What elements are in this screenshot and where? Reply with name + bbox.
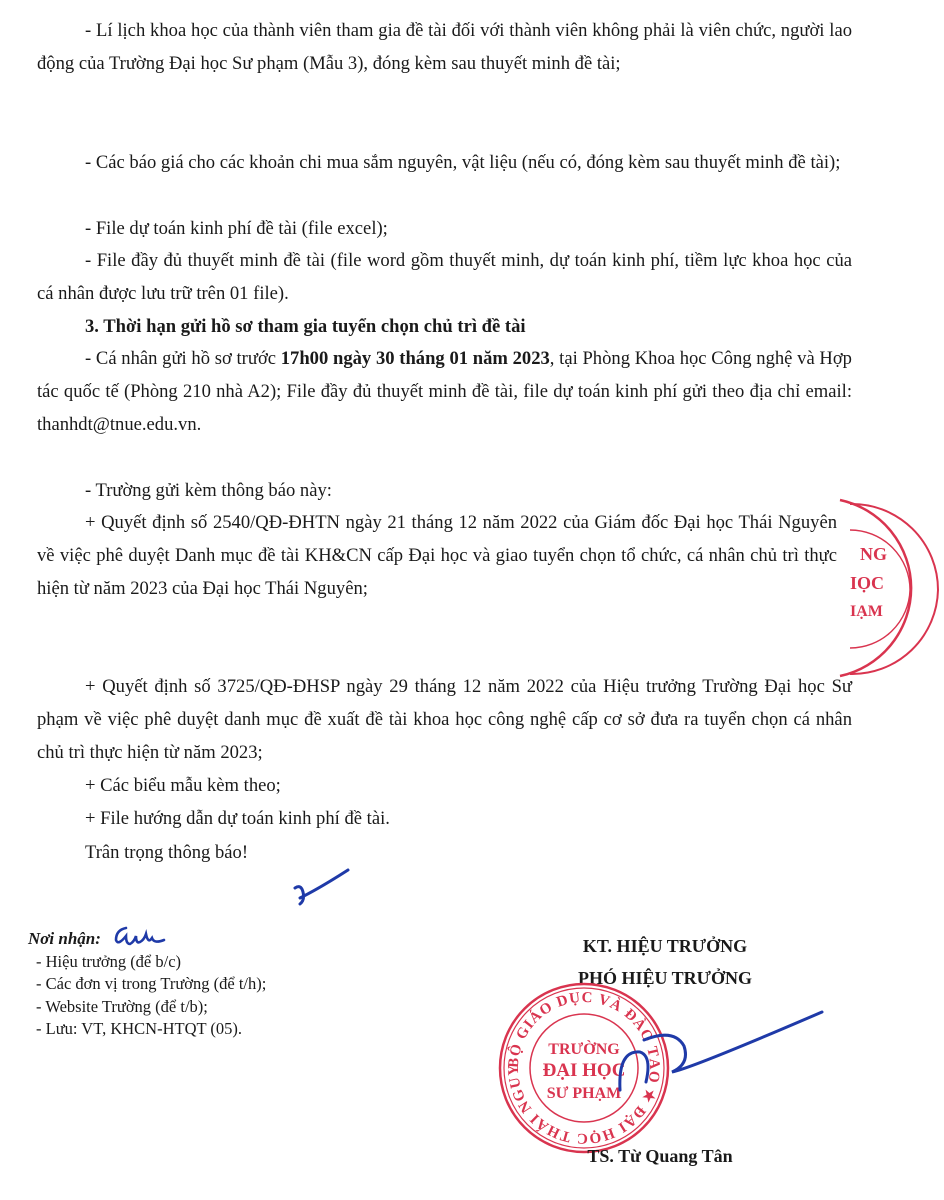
attachment-budget-guide: + File hướng dẫn dự toán kinh phí đề tài… bbox=[37, 802, 852, 835]
deadline-prefix: - Cá nhân gửi hồ sơ trước bbox=[85, 348, 281, 369]
recipient-item: - Lưu: VT, KHCN-HTQT (05). bbox=[28, 1018, 448, 1041]
signature-title-1: KT. HIỆU TRƯỞNG bbox=[500, 930, 830, 962]
initial-tick-mark bbox=[290, 868, 360, 908]
paragraph-deadline: - Cá nhân gửi hồ sơ trước 17h00 ngày 30 … bbox=[37, 342, 852, 441]
recipients-title-row: Nơi nhận: bbox=[28, 928, 448, 951]
recipients-block: Nơi nhận: - Hiệu trưởng (để b/c) - Các đ… bbox=[28, 928, 448, 1041]
attachment-decision-2540: + Quyết định số 2540/QĐ-ĐHTN ngày 21 thá… bbox=[37, 506, 837, 605]
partial-seal-edge: NG IỌC IẠM bbox=[840, 488, 944, 688]
attachment-forms: + Các biểu mẫu kèm theo; bbox=[37, 769, 852, 802]
paragraph-attachments-intro: - Trường gửi kèm thông báo này: bbox=[37, 474, 852, 507]
recipient-item: - Hiệu trưởng (để b/c) bbox=[28, 951, 448, 974]
attachment-decision-3725: + Quyết định số 3725/QĐ-ĐHSP ngày 29 thá… bbox=[37, 670, 852, 769]
paragraph-budget-file: - File dự toán kinh phí đề tài (file exc… bbox=[37, 212, 852, 245]
handwritten-signature bbox=[600, 1010, 820, 1100]
paragraph-quotations: - Các báo giá cho các khoản chi mua sắm … bbox=[37, 146, 852, 179]
recipients-title: Nơi nhận: bbox=[28, 929, 101, 948]
section-3-heading: 3. Thời hạn gửi hồ sơ tham gia tuyển chọ… bbox=[37, 310, 852, 343]
signer-name: TS. Từ Quang Tân bbox=[560, 1146, 760, 1167]
recipient-item: - Các đơn vị trong Trường (để t/h); bbox=[28, 973, 448, 996]
partial-seal-line-3: IẠM bbox=[850, 603, 883, 620]
partial-seal-line-1: NG bbox=[860, 544, 887, 564]
paragraph-scientific-cv: - Lí lịch khoa học của thành viên tham g… bbox=[37, 14, 852, 80]
recipients-initials-icon bbox=[112, 922, 172, 950]
paragraph-full-proposal: - File đầy đủ thuyết minh đề tài (file w… bbox=[37, 244, 852, 310]
closing-line: Trân trọng thông báo! bbox=[37, 836, 852, 869]
deadline-datetime: 17h00 ngày 30 tháng 01 năm 2023 bbox=[281, 348, 550, 369]
partial-seal-line-2: IỌC bbox=[850, 573, 884, 593]
recipient-item: - Website Trường (để t/b); bbox=[28, 996, 448, 1019]
document-page: - Lí lịch khoa học của thành viên tham g… bbox=[0, 0, 944, 1200]
